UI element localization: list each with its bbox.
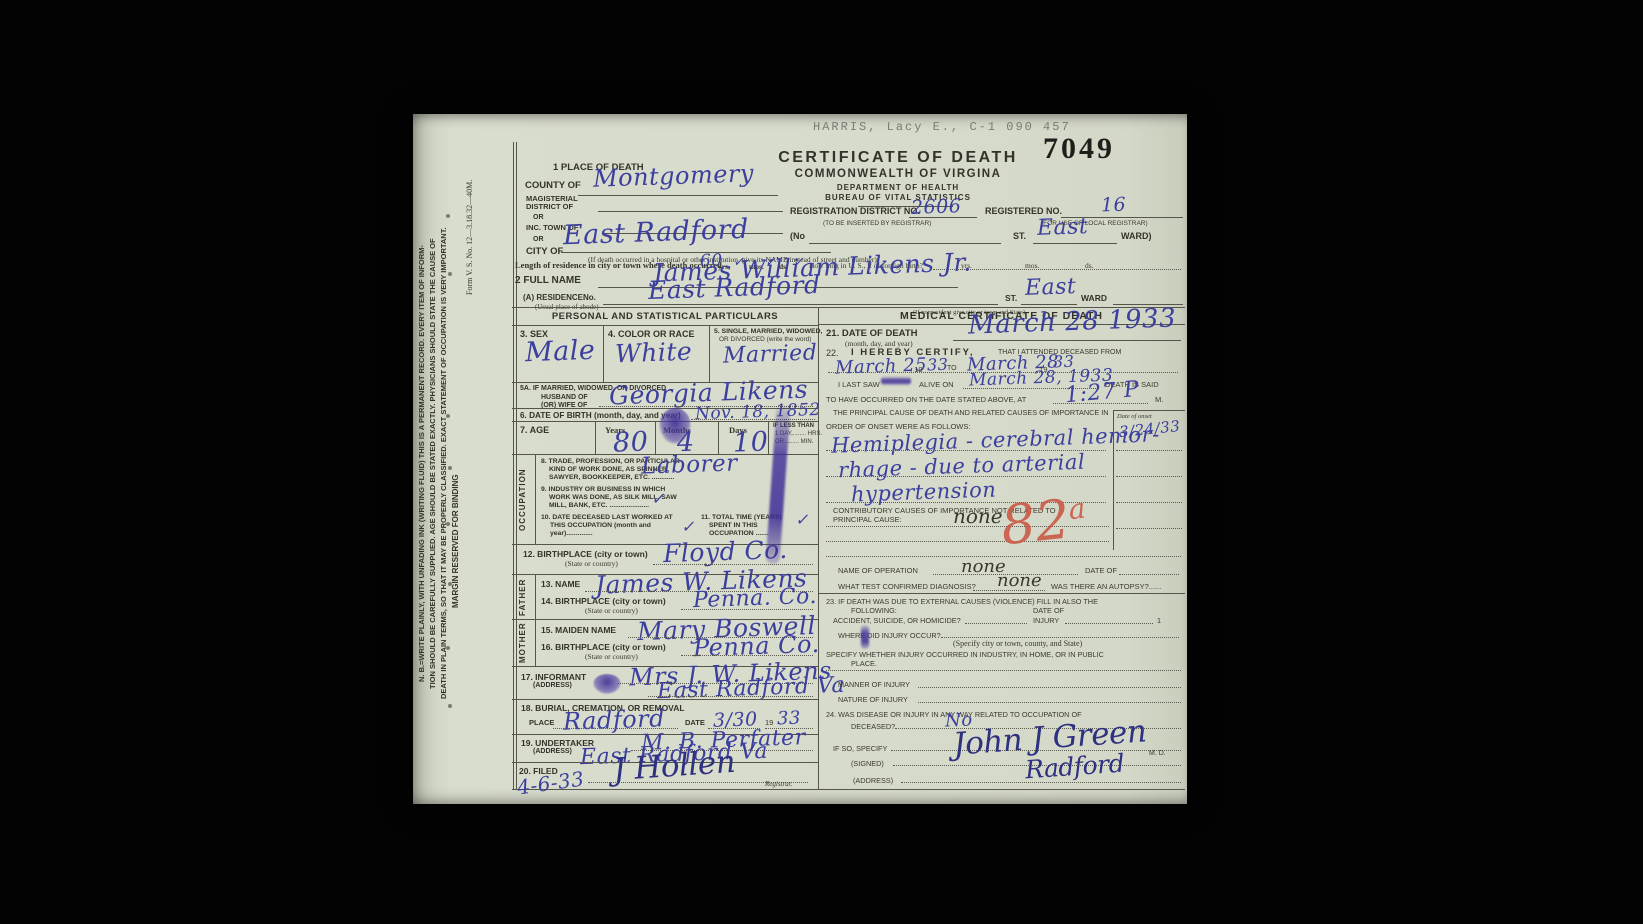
alive-on-label: ALIVE ON bbox=[919, 380, 954, 389]
operation-date-line bbox=[1119, 574, 1179, 575]
operation-date-label: DATE OF bbox=[1085, 566, 1117, 575]
age-label: 7. AGE bbox=[520, 425, 549, 435]
onset-box-rule-3 bbox=[1116, 502, 1182, 503]
age-divider-2 bbox=[655, 421, 656, 454]
injury-date-line bbox=[1065, 623, 1153, 624]
bureau-label: BUREAU OF VITAL STATISTICS bbox=[743, 193, 1053, 202]
him-scribble-blot bbox=[881, 377, 911, 385]
county-value-handwritten: Montgomery bbox=[593, 159, 755, 193]
manner-of-injury-label: MANNER OF INJURY bbox=[838, 680, 910, 689]
ink-blot-small bbox=[593, 674, 621, 694]
red-code-suffix: a bbox=[1067, 492, 1087, 527]
district-of-label: DISTRICT OF bbox=[526, 202, 573, 211]
onset-box-label: Date of onset bbox=[1117, 413, 1152, 420]
personal-section-header: PERSONAL AND STATISTICAL PARTICULARS bbox=[512, 311, 818, 322]
margin-note-line2: TION SHOULD BE CAREFULLY SUPPLIED. AGE S… bbox=[428, 136, 437, 791]
where-injury-line bbox=[941, 637, 1179, 638]
street-no-label: (No bbox=[790, 231, 805, 241]
punch-speck bbox=[448, 466, 452, 470]
city-value-handwritten: East Radford bbox=[563, 214, 750, 251]
principal-cause-label: THE PRINCIPAL CAUSE OF DEATH AND RELATED… bbox=[833, 408, 1109, 417]
certify-number: 22. bbox=[826, 348, 839, 358]
death-certificate-document: N. B.=WRITE PLAINLY, WITH UNFADING INK (… bbox=[413, 114, 1187, 804]
mother-birthplace-label: 16. BIRTHPLACE (city or town) bbox=[541, 642, 666, 652]
totaltime-check: ✓ bbox=[795, 510, 810, 529]
residence-label: (A) RESIDENCE. bbox=[523, 293, 585, 302]
onset-box-rule-2 bbox=[1116, 476, 1182, 477]
totaltime-label-2: SPENT IN THIS bbox=[709, 522, 758, 529]
where-injury-note: (Specify city or town, county, and State… bbox=[953, 639, 1082, 648]
punch-speck bbox=[446, 522, 450, 526]
registration-district-label: REGISTRATION DISTRICT NO. bbox=[790, 206, 920, 216]
dob-line bbox=[691, 419, 815, 420]
red-code-number: 82 bbox=[998, 487, 1073, 557]
time-line bbox=[1053, 403, 1148, 404]
red-file-code: 82a bbox=[998, 486, 1090, 558]
industry-label-3: MILL, BANK, ETC. ..................... bbox=[549, 502, 649, 509]
test-line bbox=[973, 590, 1045, 591]
last-saw-label: I LAST SAW bbox=[838, 380, 880, 389]
ds2-label: ds. bbox=[1085, 261, 1094, 270]
test-confirmed-value: none bbox=[997, 570, 1042, 591]
where-ink-blot bbox=[861, 625, 869, 649]
autopsy-label: WAS THERE AN AUTOPSY?...... bbox=[1051, 582, 1161, 591]
manner-line bbox=[918, 687, 1181, 688]
accident-label: ACCIDENT, SUICIDE, OR HOMICIDE? bbox=[833, 616, 961, 625]
ink-blot-round bbox=[659, 408, 691, 444]
registration-district-value: 2606 bbox=[911, 195, 962, 219]
specify-injury-label-2: PLACE. bbox=[851, 659, 877, 668]
department-label: DEPARTMENT OF HEALTH bbox=[743, 183, 1053, 192]
full-name-label: 2 FULL NAME bbox=[515, 275, 581, 286]
meridiem-label: M. bbox=[1155, 395, 1163, 404]
or-label-1: OR bbox=[533, 214, 544, 221]
birthplace-label: 12. BIRTHPLACE (city or town) bbox=[523, 549, 648, 559]
residence-st-value: East bbox=[1025, 274, 1077, 301]
punch-speck bbox=[446, 214, 450, 218]
marital-label-1: 5. SINGLE, MARRIED, WIDOWED, bbox=[714, 328, 822, 335]
punch-speck bbox=[448, 704, 452, 708]
punch-speck bbox=[446, 414, 450, 418]
city-of-label: CITY OF bbox=[526, 246, 563, 257]
informant-bottom-rule bbox=[512, 699, 818, 700]
date-of-death-value: March 28 1933 bbox=[968, 303, 1177, 340]
husband-of-label: HUSBAND OF bbox=[541, 394, 588, 401]
residence-st-line bbox=[1021, 304, 1077, 305]
magisterial-line bbox=[598, 211, 783, 212]
mother-birthplace-note: (State or country) bbox=[585, 652, 638, 661]
st-ward-value: East bbox=[1037, 214, 1089, 241]
onset-box-rule-4 bbox=[1116, 528, 1182, 529]
birthplace-note: (State or country) bbox=[565, 559, 618, 568]
section23-top-rule bbox=[818, 593, 1185, 594]
commonwealth-subtitle: COMMONWEALTH OF VIRGINA bbox=[743, 168, 1053, 180]
father-name-label: 13. NAME bbox=[541, 579, 580, 589]
lastwork-label-3: year).............. bbox=[550, 530, 593, 537]
industry-label-1: 9. INDUSTRY OR BUSINESS IN WHICH bbox=[541, 486, 665, 493]
accident-line bbox=[965, 623, 1027, 624]
father-strip-rule bbox=[535, 574, 536, 619]
contributory-label-2: PRINCIPAL CAUSE: bbox=[833, 515, 902, 524]
signed-label: (SIGNED) bbox=[851, 759, 884, 768]
color-marital-divider bbox=[709, 325, 710, 382]
burial-date-label: DATE bbox=[685, 718, 705, 727]
sex-color-divider bbox=[603, 325, 604, 382]
lastwork-check: ✓ bbox=[681, 517, 696, 536]
column-divider bbox=[818, 307, 819, 789]
mother-maiden-label: 15. MAIDEN NAME bbox=[541, 625, 616, 635]
onset-box-top-rule bbox=[1113, 410, 1185, 411]
occurred-at-label: TO HAVE OCCURRED ON THE DATE STATED ABOV… bbox=[826, 395, 1026, 404]
test-confirmed-label: WHAT TEST CONFIRMED DIAGNOSIS? bbox=[838, 582, 976, 591]
index-stamp: HARRIS, Lacy E., C-1 090 457 bbox=[813, 120, 1071, 134]
mother-strip-rule bbox=[535, 619, 536, 666]
margin-binding-label: MARGIN RESERVED FOR BINDING bbox=[451, 454, 460, 629]
margin-note-line3: DEATH IN PLAIN TERMS, SO THAT IT MAY BE … bbox=[439, 136, 448, 791]
injury-label: INJURY bbox=[1033, 616, 1059, 625]
deceased-label: DECEASED? bbox=[851, 722, 895, 731]
if-so-specify-label: IF SO, SPECIFY bbox=[833, 744, 887, 753]
mother-birthplace-line bbox=[681, 655, 813, 656]
injury-one: 1 bbox=[1157, 616, 1161, 625]
lastwork-label-2: THIS OCCUPATION (month and bbox=[550, 522, 651, 529]
onset-box-left-rule bbox=[1113, 410, 1114, 550]
physician-address-script: Radford bbox=[1024, 749, 1125, 785]
external-causes-label-1: 23. IF DEATH WAS DUE TO EXTERNAL CAUSES … bbox=[826, 597, 1098, 606]
sex-value: Male bbox=[524, 335, 595, 368]
cause-rule-2 bbox=[826, 476, 1106, 477]
operation-label: NAME OF OPERATION bbox=[838, 566, 918, 575]
nature-of-injury-label: NATURE OF INJURY bbox=[838, 695, 908, 704]
residence-st-label: ST. bbox=[1005, 293, 1017, 303]
age-divider-4 bbox=[768, 421, 769, 454]
father-side-label: FATHER bbox=[518, 577, 527, 617]
margin-note-line1: N. B.=WRITE PLAINLY, WITH UNFADING INK (… bbox=[417, 136, 426, 791]
punch-speck bbox=[448, 582, 452, 586]
residence-ward-label: WARD bbox=[1081, 293, 1107, 303]
color-race-value: White bbox=[615, 337, 693, 369]
external-causes-label-2: FOLLOWING: bbox=[851, 606, 897, 615]
scan-background: N. B.=WRITE PLAINLY, WITH UNFADING INK (… bbox=[0, 0, 1643, 924]
certificate-title: CERTIFICATE OF DEATH bbox=[743, 149, 1053, 167]
undertaker-address-label: (ADDRESS) bbox=[533, 748, 572, 755]
dob-label: 6. DATE OF BIRTH (month, day, and year) bbox=[520, 411, 681, 420]
personal-header-rule bbox=[512, 325, 818, 326]
form-number-label: Form V. S. No. 12—3.18.32—40M. bbox=[465, 162, 474, 312]
date-of-death-label: 21. DATE OF DEATH bbox=[826, 328, 918, 339]
trade-value: Laborer bbox=[641, 450, 739, 479]
specify-line bbox=[826, 670, 1181, 671]
residence-no-label: No. bbox=[583, 293, 596, 302]
binding-rule-inner bbox=[516, 142, 517, 789]
address-label: (ADDRESS) bbox=[853, 776, 893, 785]
father-birthplace-note: (State or country) bbox=[585, 606, 638, 615]
street-no-line bbox=[809, 243, 1001, 244]
nature-line bbox=[918, 702, 1181, 703]
to-label: TO bbox=[947, 365, 957, 372]
informant-address-line bbox=[648, 696, 813, 697]
occupation-side-label: OCCUPATION bbox=[518, 459, 527, 541]
occupation-strip-rule bbox=[535, 454, 536, 544]
residence-value: East Radford bbox=[648, 270, 821, 305]
registrar-insert-note: (TO BE INSERTED BY REGISTRAR) bbox=[823, 220, 931, 227]
onset-box-value: 3/24/33 bbox=[1118, 417, 1181, 441]
registrar-label: Registrar. bbox=[765, 780, 792, 788]
onset-box-rule-1 bbox=[1116, 450, 1182, 451]
lastwork-label-1: 10. DATE DECEASED LAST WORKED AT bbox=[541, 514, 673, 521]
specify-injury-label-1: SPECIFY WHETHER INJURY OCCURRED IN INDUS… bbox=[826, 650, 1104, 659]
registered-no-value: 16 bbox=[1101, 194, 1127, 217]
mother-side-label: MOTHER bbox=[518, 622, 527, 664]
mos2-label: mos. bbox=[1025, 261, 1039, 270]
where-injury-label: WHERE DID INJURY OCCUR? bbox=[838, 631, 941, 640]
age-divider-3 bbox=[718, 421, 719, 454]
father-birthplace-line bbox=[681, 609, 813, 610]
registration-district-line bbox=[909, 217, 977, 218]
residence-line bbox=[603, 304, 998, 305]
burial-place-line bbox=[553, 728, 678, 729]
certificate-number: 7049 bbox=[1043, 132, 1115, 166]
md-label: M. D. bbox=[1149, 750, 1166, 757]
father-birthplace-label: 14. BIRTHPLACE (city or town) bbox=[541, 596, 666, 606]
informant-address-label: (ADDRESS) bbox=[533, 682, 572, 689]
county-of-label: COUNTY OF bbox=[525, 180, 581, 191]
st-line bbox=[1033, 243, 1117, 244]
punch-speck bbox=[448, 272, 452, 276]
ward-label-header: WARD) bbox=[1121, 231, 1152, 241]
binding-rule-outer bbox=[513, 142, 514, 789]
date-of-death-line bbox=[953, 340, 1181, 341]
punch-speck bbox=[446, 646, 450, 650]
st-label-header: ST. bbox=[1013, 231, 1026, 241]
informant-label: 17. INFORMANT bbox=[521, 672, 586, 682]
age-divider-1 bbox=[595, 421, 596, 454]
or-label-2: OR bbox=[533, 236, 544, 243]
injury-date-label: DATE OF bbox=[1033, 606, 1064, 615]
contributory-value: none bbox=[953, 504, 1003, 528]
marital-value: Married bbox=[723, 340, 818, 368]
county-line bbox=[578, 195, 778, 196]
burial-place-label: PLACE bbox=[529, 718, 554, 727]
industry-check: ✓ bbox=[651, 489, 666, 508]
form-bottom-rule bbox=[512, 789, 1185, 790]
